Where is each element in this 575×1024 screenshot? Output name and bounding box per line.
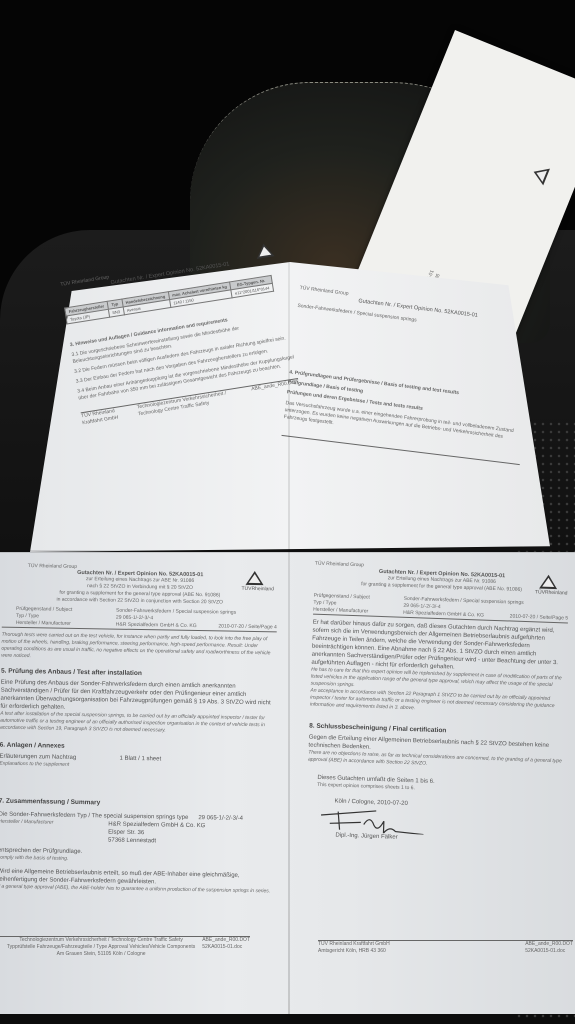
- page-4: TÜV Rheinland Group Gutachten Nr. / Expe…: [0, 563, 278, 896]
- page-number: 2010-07-20 / Seite/Page 4: [218, 623, 277, 631]
- page-4-footer: Technologiezentrum Verkehrssicherheit / …: [0, 936, 250, 958]
- photo-scene: TÜV Rheinland Group Gutachten Nr. / Expe…: [0, 0, 575, 1024]
- summary-heading: 7. Zusammenfassung / Summary: [0, 798, 274, 810]
- address-line: 57368 Lennestadt: [108, 837, 205, 847]
- page-number: 2010-07-20 / Seite/Page 5: [510, 613, 569, 622]
- annexes-heading: 6. Anlagen / Annexes: [0, 742, 275, 754]
- page-5: TÜV Rheinland Group Gutachten Nr. / Expe…: [305, 561, 570, 848]
- tuv-logo-icon: TÜVRheinland: [241, 571, 267, 592]
- section-5-heading: 5. Prüfung des Anbaus / Test after insta…: [1, 668, 276, 680]
- signature-icon: [315, 805, 426, 835]
- table-cell: SN3: [108, 307, 124, 317]
- page-5-footer: TÜV Rheinland Kraftfahrt GmbH Amtsgerich…: [318, 940, 573, 955]
- vertical-fold: [288, 262, 290, 1014]
- tuv-logo-icon: TÜVRheinland: [535, 574, 562, 596]
- page-top-right: TÜV Rheinland Group Gutachten Nr. / Expe…: [281, 285, 538, 465]
- tuv-logo-icon: [529, 160, 552, 189]
